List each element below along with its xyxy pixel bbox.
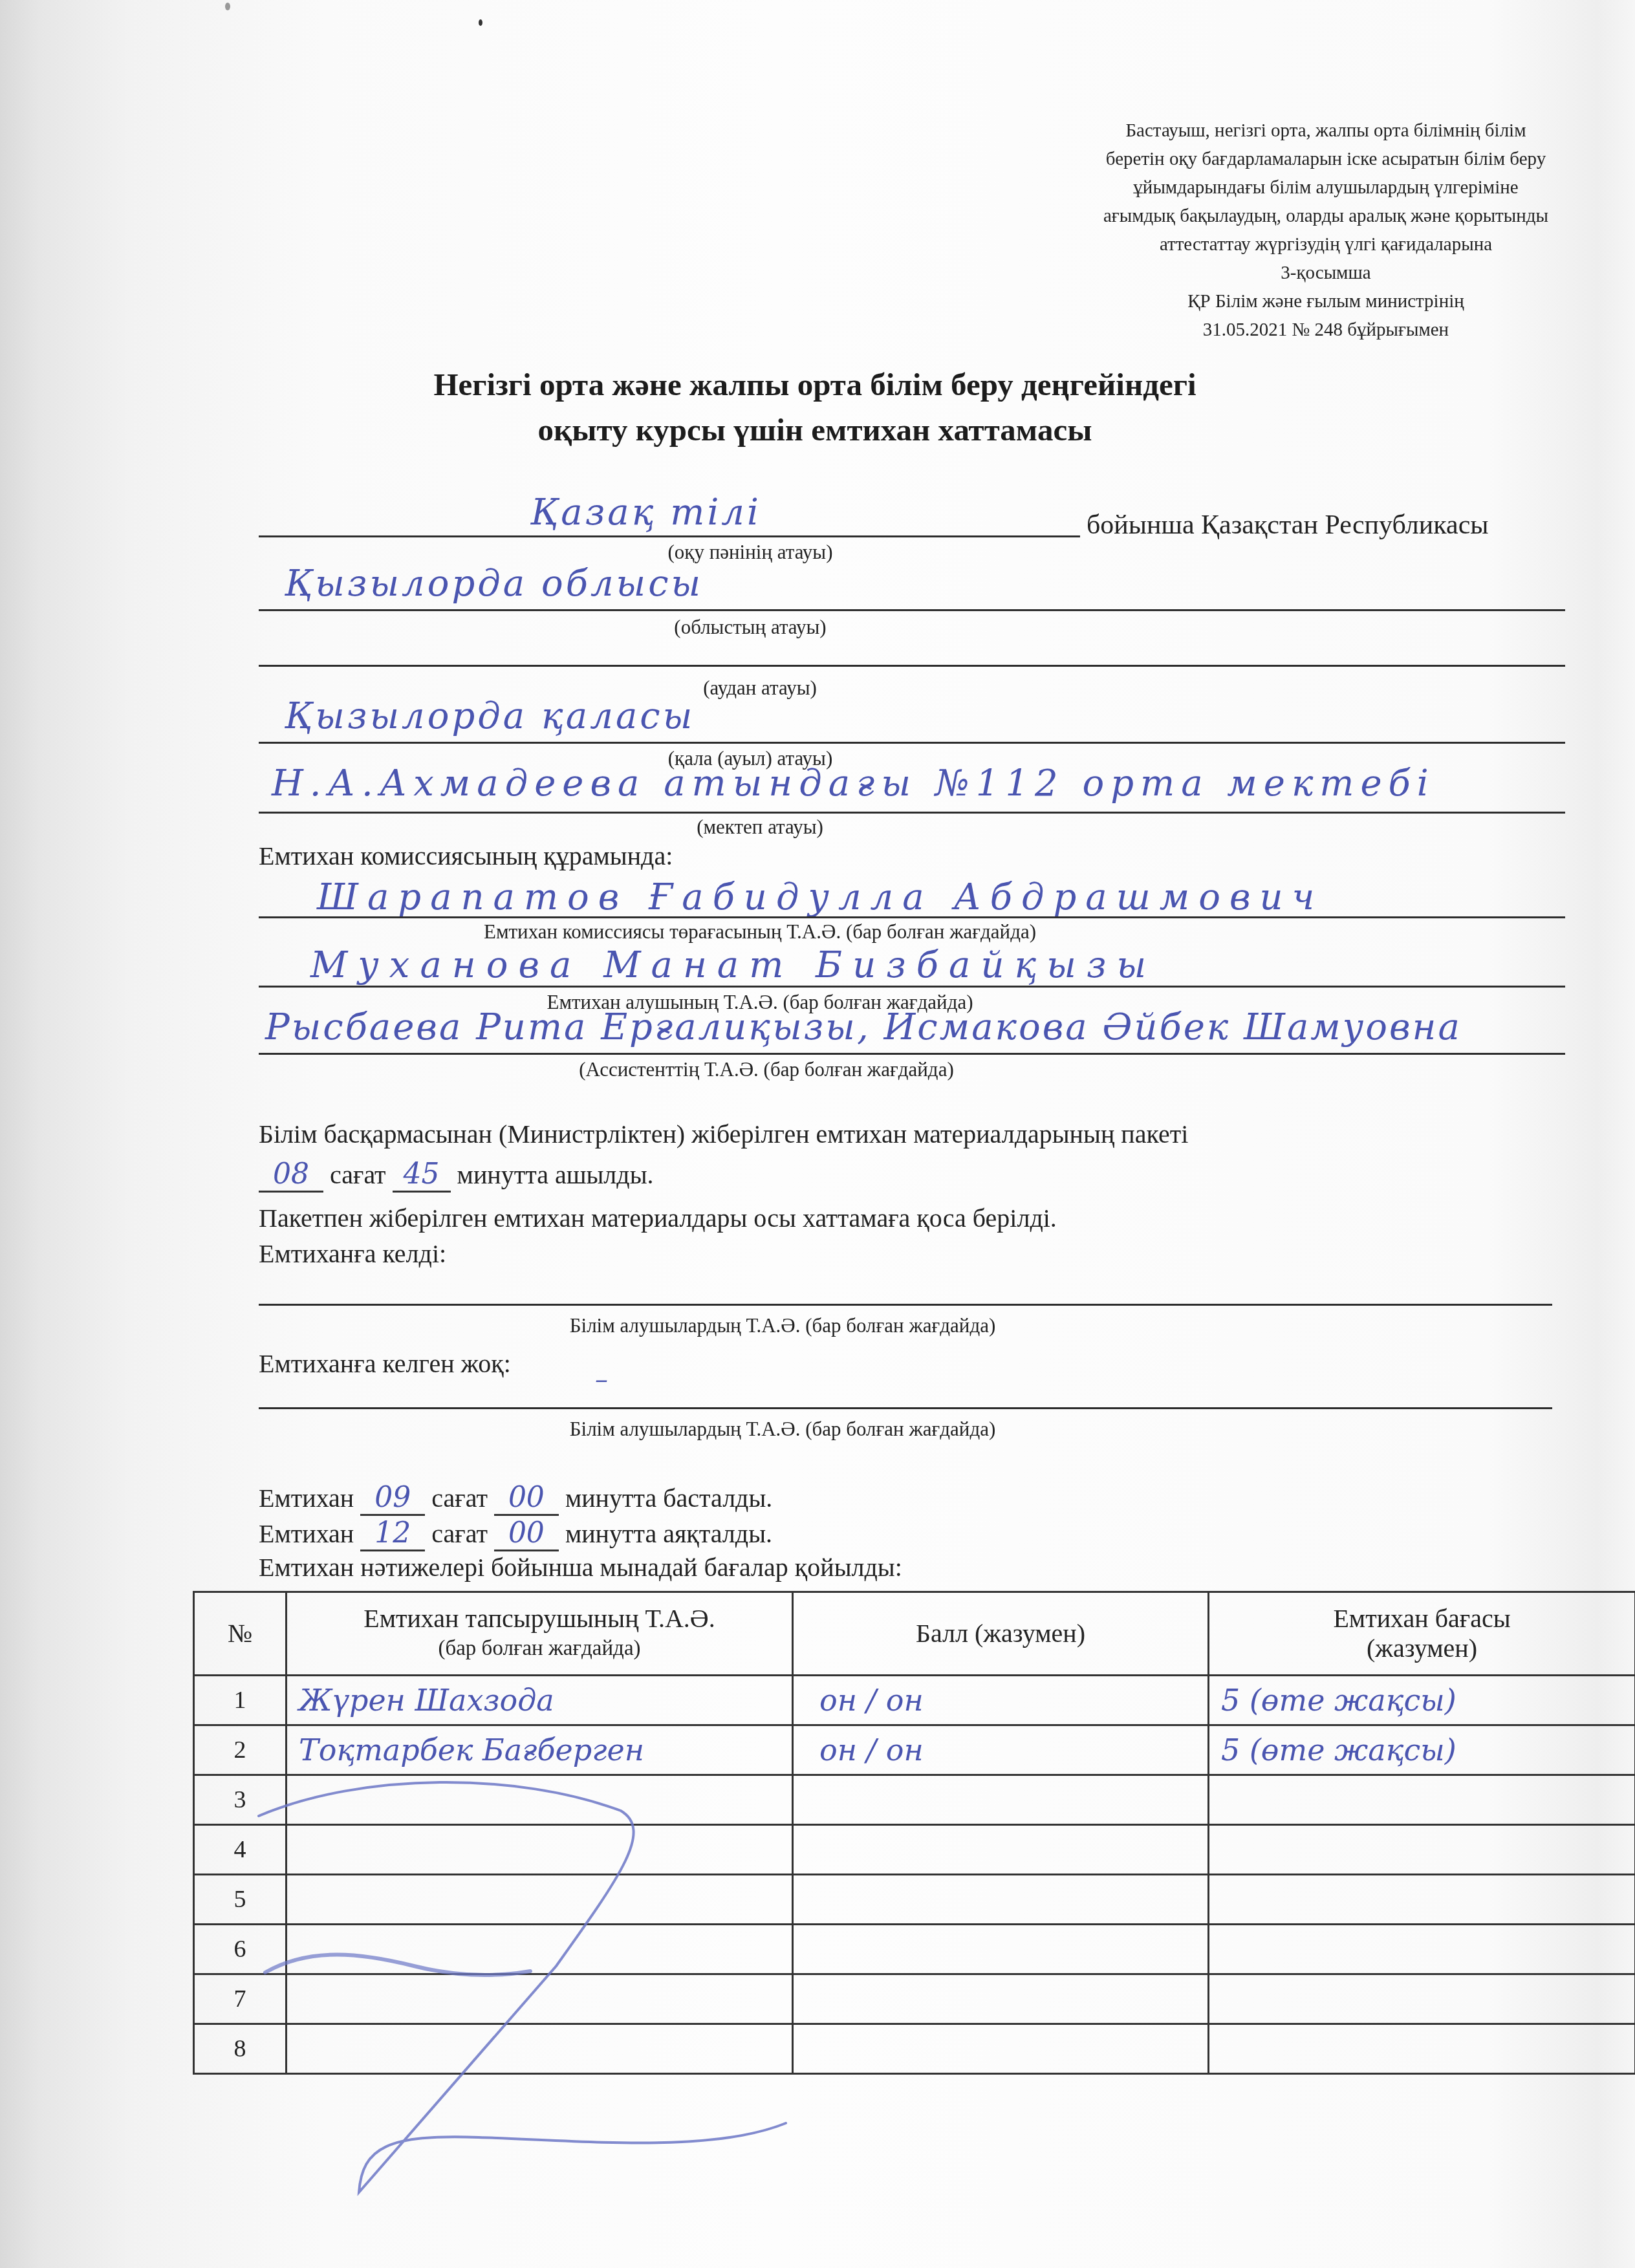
exam-word: Емтихан bbox=[259, 1519, 354, 1548]
attended-field: Білім алушылардың Т.А.Ә. (бар болған жағ… bbox=[259, 1268, 1565, 1339]
order-date-number: 31.05.2021 № 248 бұйрығымен bbox=[1048, 316, 1604, 344]
header-name-label: Емтихан тапсырушының Т.А.Ә. bbox=[363, 1604, 715, 1633]
package-text: Білім басқармасынан (Министрліктен) жібе… bbox=[259, 1119, 1188, 1149]
start-minute-field: 00 bbox=[494, 1481, 559, 1516]
subject-underline bbox=[259, 535, 1080, 537]
minute-label: минутта ашылды. bbox=[457, 1160, 654, 1189]
note-line: ағымдық бақылаудың, оларды аралық және қ… bbox=[1048, 202, 1604, 230]
grades-table-body: 1Жүрен Шахзодаон / он5 (өте жақсы)2Тоқта… bbox=[194, 1676, 1635, 2074]
assistants-value: Рысбаева Рита Ерғалиқызы, Исмакова Әйбек… bbox=[265, 1006, 1462, 1048]
subject-suffix: бойынша Қазақстан Республикасы bbox=[1087, 510, 1489, 541]
score-text: он / он bbox=[793, 1725, 1209, 1775]
absent-caption: Білім алушылардың Т.А.Ә. (бар болған жағ… bbox=[259, 1418, 1306, 1441]
row-number: 8 bbox=[194, 2024, 287, 2074]
table-row: 8 bbox=[194, 2024, 1635, 2074]
score-text: он / он bbox=[793, 1676, 1209, 1725]
absent-underline bbox=[259, 1407, 1552, 1409]
assistants-underline bbox=[259, 1053, 1565, 1055]
row-number: 7 bbox=[194, 1974, 287, 2024]
score-text bbox=[793, 1925, 1209, 1974]
examiner-value: Муханова Манат Бизбайқызы bbox=[310, 944, 1156, 986]
examiner-field: Муханова Манат Бизбайқызы Емтихан алушын… bbox=[259, 944, 1565, 1015]
hour-label: сағат bbox=[330, 1160, 386, 1189]
student-name bbox=[287, 1875, 793, 1925]
header-grade-sub: (жазумен) bbox=[1209, 1634, 1634, 1663]
package-minute-field: 45 bbox=[393, 1158, 451, 1193]
grade-text bbox=[1209, 1775, 1635, 1825]
attended-underline bbox=[259, 1304, 1552, 1306]
table-row: 1Жүрен Шахзодаон / он5 (өте жақсы) bbox=[194, 1676, 1635, 1725]
hour-word: сағат bbox=[431, 1519, 488, 1548]
table-row: 4 bbox=[194, 1825, 1635, 1875]
note-line: аттестаттау жүргізудің үлгі қағидаларына bbox=[1048, 230, 1604, 259]
ministry-line: ҚР Білім және ғылым министрінің bbox=[1048, 287, 1604, 316]
grade-text bbox=[1209, 2024, 1635, 2074]
appendix-number: 3-қосымша bbox=[1048, 259, 1604, 287]
commission-heading: Емтихан комиссиясының құрамында: bbox=[259, 841, 673, 871]
start-hour-field: 09 bbox=[360, 1481, 425, 1516]
row-number: 3 bbox=[194, 1775, 287, 1825]
student-name bbox=[287, 1775, 793, 1825]
student-name bbox=[287, 1925, 793, 1974]
subject-field: Қазақ тілі бойынша Қазақстан Республикас… bbox=[259, 491, 1565, 563]
table-row: 2Тоқтарбек Бағбергенон / он5 (өте жақсы) bbox=[194, 1725, 1635, 1775]
scan-speck bbox=[225, 3, 230, 10]
student-name bbox=[287, 1974, 793, 2024]
district-underline bbox=[259, 665, 1565, 667]
absent-value: – bbox=[595, 1365, 611, 1394]
subject-caption: (оқу пәнінің атауы) bbox=[259, 541, 1242, 564]
title-line-2: оқыту курсы үшін емтихан хаттамасы bbox=[272, 407, 1358, 453]
score-text bbox=[793, 1875, 1209, 1925]
chair-underline bbox=[259, 916, 1565, 918]
attended-caption: Білім алушылардың Т.А.Ә. (бар болған жағ… bbox=[259, 1314, 1306, 1337]
examiner-underline bbox=[259, 986, 1565, 988]
score-text bbox=[793, 1825, 1209, 1875]
school-underline bbox=[259, 812, 1565, 814]
end-minute-field: 00 bbox=[494, 1517, 559, 1551]
region-underline bbox=[259, 609, 1565, 611]
score-text bbox=[793, 1974, 1209, 2024]
hour-word: сағат bbox=[431, 1484, 488, 1513]
city-underline bbox=[259, 742, 1565, 744]
note-line: ұйымдарындағы білім алушылардың үлгерімі… bbox=[1048, 173, 1604, 202]
district-field: (аудан атауы) bbox=[259, 634, 1565, 705]
results-intro: Емтихан нәтижелері бойынша мынадай бағал… bbox=[259, 1552, 902, 1582]
note-line: беретін оқу бағдарламаларын іске асыраты… bbox=[1048, 145, 1604, 173]
package-minute-value: 45 bbox=[404, 1158, 440, 1191]
student-name bbox=[287, 1825, 793, 1875]
package-opened-time: 08 сағат 45 минутта ашылды. bbox=[259, 1158, 654, 1193]
header-grade: Емтихан бағасы (жазумен) bbox=[1209, 1592, 1635, 1676]
chair-value: Шарапатов Ғабидулла Абдрашмович bbox=[317, 876, 1323, 918]
exam-protocol-page: Бастауыш, негізгі орта, жалпы орта білім… bbox=[0, 0, 1635, 2268]
grade-text bbox=[1209, 1925, 1635, 1974]
package-hour-field: 08 bbox=[259, 1158, 323, 1193]
end-minute-value: 00 bbox=[508, 1517, 545, 1550]
header-num: № bbox=[194, 1592, 287, 1676]
scan-speck bbox=[479, 19, 482, 26]
absent-field: – Білім алушылардың Т.А.Ә. (бар болған ж… bbox=[259, 1371, 1565, 1442]
score-text bbox=[793, 1775, 1209, 1825]
table-row: 5 bbox=[194, 1875, 1635, 1925]
grade-text bbox=[1209, 1825, 1635, 1875]
exam-word: Емтихан bbox=[259, 1484, 354, 1513]
exam-start-time: Емтихан 09 сағат 00 минутта басталды. bbox=[259, 1481, 772, 1516]
assistants-field: Рысбаева Рита Ерғалиқызы, Исмакова Әйбек… bbox=[259, 1009, 1565, 1080]
chair-caption: Емтихан комиссиясы төрағасының Т.А.Ә. (б… bbox=[259, 920, 1261, 944]
row-number: 1 bbox=[194, 1676, 287, 1725]
student-name bbox=[287, 2024, 793, 2074]
grade-text: 5 (өте жақсы) bbox=[1209, 1725, 1635, 1775]
region-field: Қызылорда облысы (облыстың атауы) bbox=[259, 563, 1565, 634]
subject-value: Қазақ тілі bbox=[530, 491, 761, 534]
school-value: Н.А.Ахмадеева атындағы №112 орта мектебі bbox=[272, 762, 1435, 805]
city-value: Қызылорда қаласы bbox=[285, 695, 695, 737]
assistants-caption: (Ассистенттің Т.А.Ә. (бар болған жағдайд… bbox=[259, 1058, 1274, 1081]
chair-field: Шарапатов Ғабидулла Абдрашмович Емтихан … bbox=[259, 876, 1565, 947]
start-hour-value: 09 bbox=[374, 1481, 411, 1514]
header-name-sub: (бар болған жағдайда) bbox=[287, 1634, 792, 1663]
school-field: Н.А.Ахмадеева атындағы №112 орта мектебі… bbox=[259, 766, 1565, 837]
student-name: Тоқтарбек Бағберген bbox=[287, 1725, 793, 1775]
table-row: 7 bbox=[194, 1974, 1635, 2024]
title-line-1: Негізгі орта және жалпы орта білім беру … bbox=[272, 362, 1358, 407]
grade-text: 5 (өте жақсы) bbox=[1209, 1676, 1635, 1725]
grades-table: № Емтихан тапсырушының Т.А.Ә. (бар болға… bbox=[193, 1591, 1635, 2075]
region-value: Қызылорда облысы bbox=[285, 563, 703, 605]
start-suffix: минутта басталды. bbox=[565, 1484, 772, 1513]
grade-text bbox=[1209, 1974, 1635, 2024]
row-number: 6 bbox=[194, 1925, 287, 1974]
grades-table-header: № Емтихан тапсырушының Т.А.Ә. (бар болға… bbox=[194, 1592, 1635, 1676]
table-row: 6 bbox=[194, 1925, 1635, 1974]
end-hour-value: 12 bbox=[374, 1517, 411, 1550]
row-number: 4 bbox=[194, 1825, 287, 1875]
materials-attached-text: Пакетпен жіберілген емтихан материалдары… bbox=[259, 1203, 1057, 1233]
school-caption: (мектеп атауы) bbox=[259, 815, 1261, 839]
attended-label: Емтиханға келді: bbox=[259, 1238, 446, 1269]
row-number: 2 bbox=[194, 1725, 287, 1775]
regulation-reference-note: Бастауыш, негізгі орта, жалпы орта білім… bbox=[1048, 116, 1604, 344]
header-grade-label: Емтихан бағасы bbox=[1333, 1604, 1510, 1633]
table-row: 3 bbox=[194, 1775, 1635, 1825]
end-suffix: минутта аяқталды. bbox=[565, 1519, 772, 1548]
header-score: Балл (жазумен) bbox=[793, 1592, 1209, 1676]
note-line: Бастауыш, негізгі орта, жалпы орта білім… bbox=[1048, 116, 1604, 145]
package-hour-value: 08 bbox=[273, 1158, 309, 1191]
exam-end-time: Емтихан 12 сағат 00 минутта аяқталды. bbox=[259, 1517, 772, 1551]
header-name: Емтихан тапсырушының Т.А.Ә. (бар болған … bbox=[287, 1592, 793, 1676]
start-minute-value: 00 bbox=[508, 1481, 545, 1514]
score-text bbox=[793, 2024, 1209, 2074]
end-hour-field: 12 bbox=[360, 1517, 425, 1551]
row-number: 5 bbox=[194, 1875, 287, 1925]
document-title: Негізгі орта және жалпы орта білім беру … bbox=[272, 362, 1358, 453]
grade-text bbox=[1209, 1875, 1635, 1925]
city-field: Қызылорда қаласы (қала (ауыл) атауы) bbox=[259, 695, 1565, 766]
student-name: Жүрен Шахзода bbox=[287, 1676, 793, 1725]
